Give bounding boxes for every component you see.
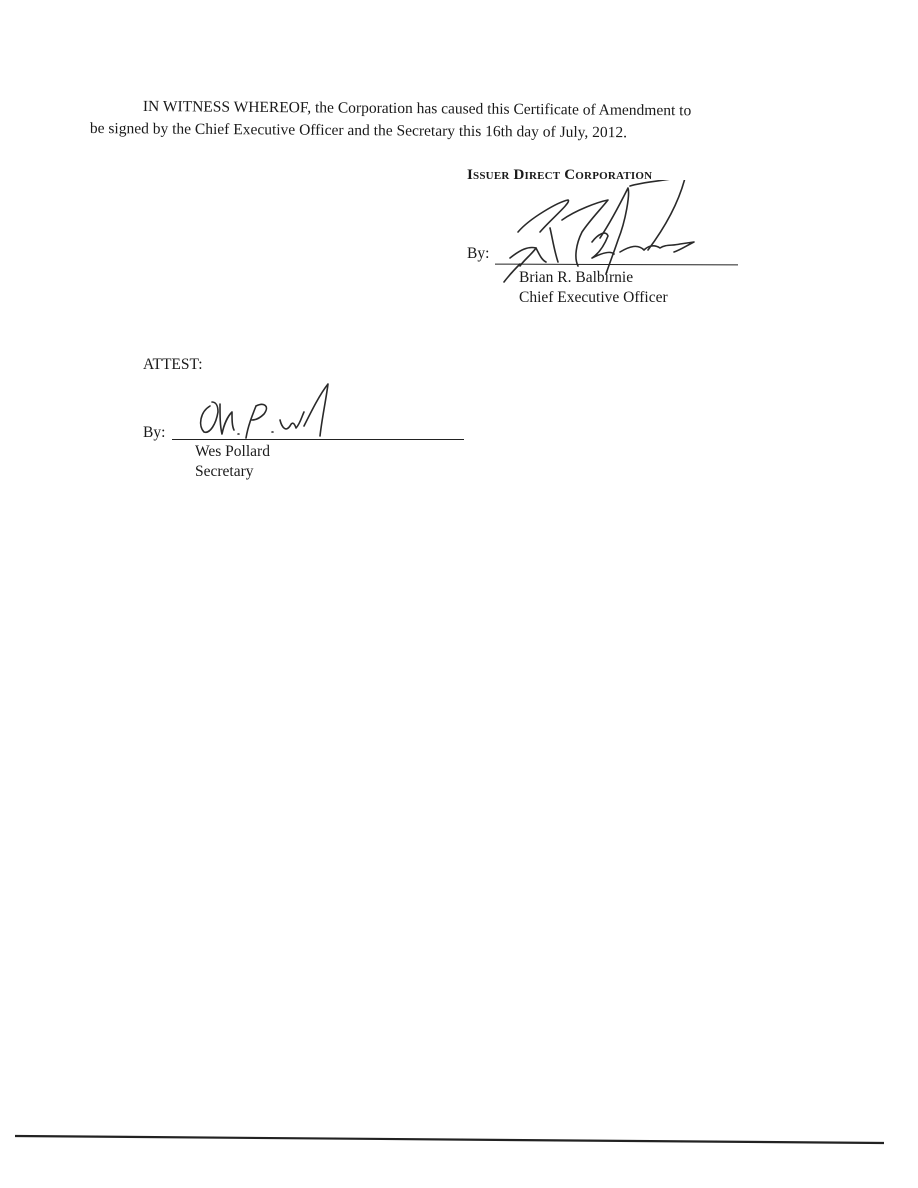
footer-divider (0, 0, 918, 1188)
document-page: IN WITNESS WHEREOF, the Corporation has … (0, 0, 918, 1188)
